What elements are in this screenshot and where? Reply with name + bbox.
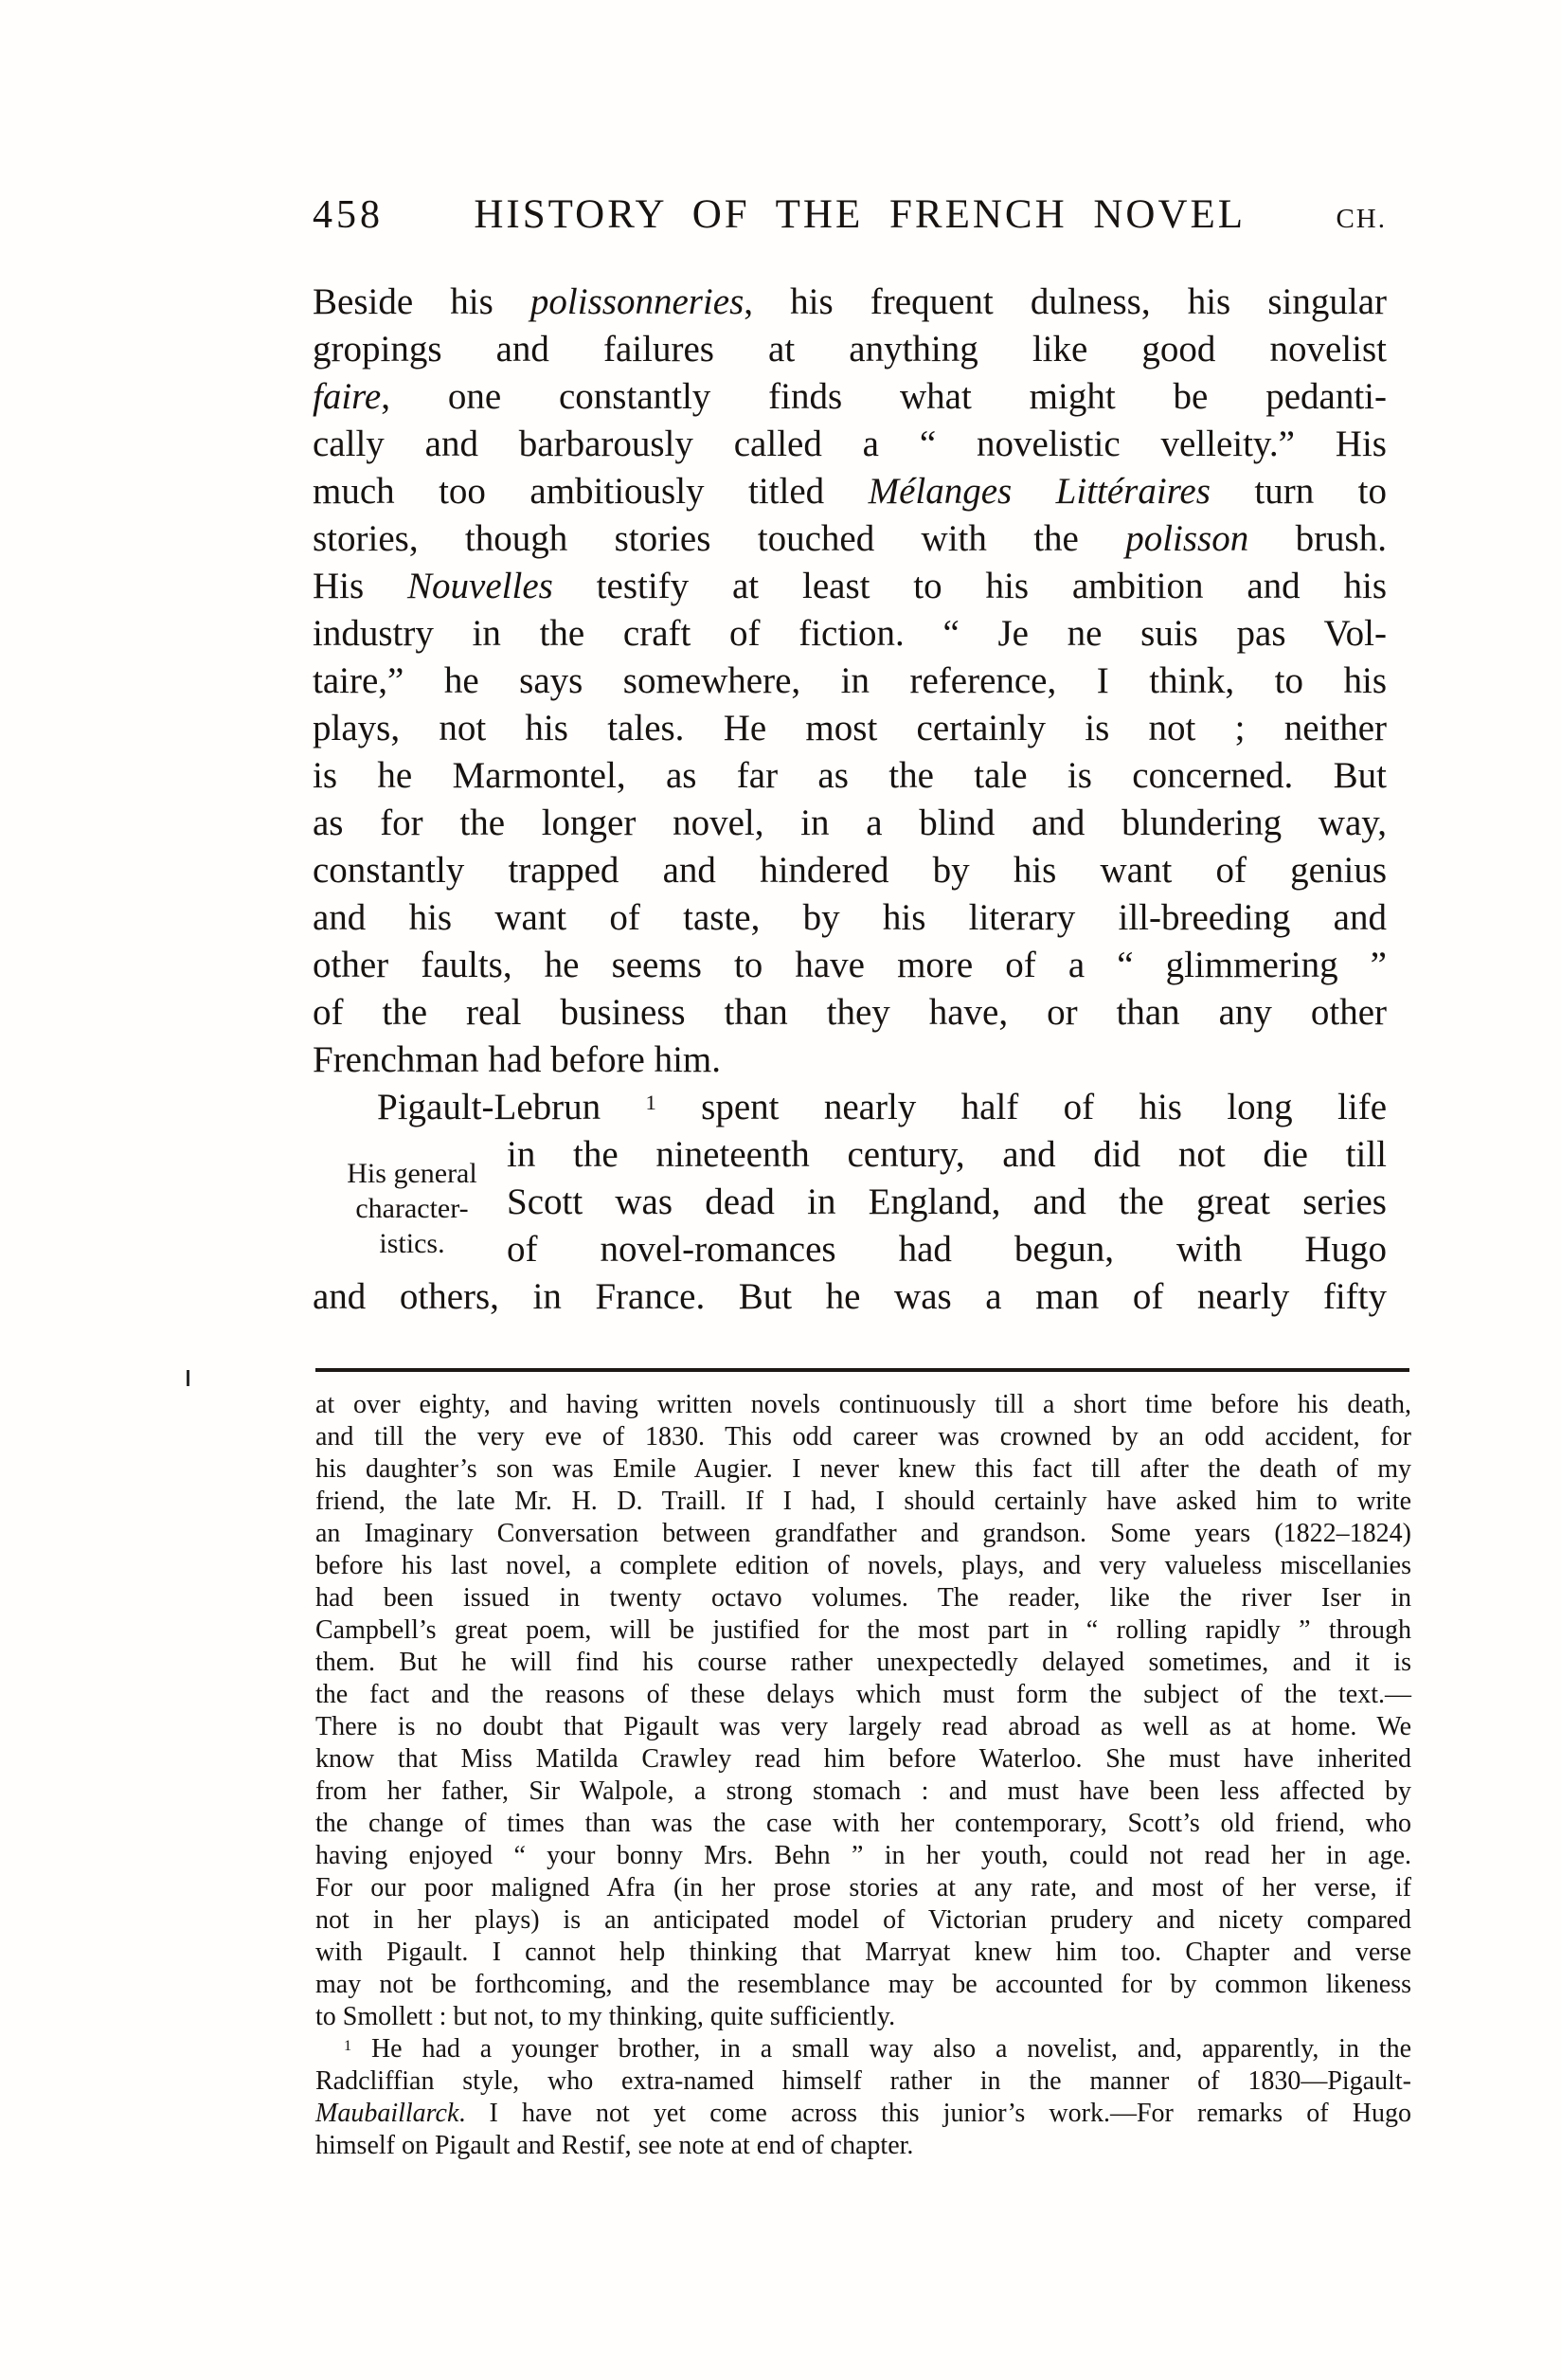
text-segment: constantly trapped and hindered by his w… xyxy=(313,850,1387,891)
footnote-line: may not be forthcoming, and the resembla… xyxy=(315,1969,1411,2001)
text-segment xyxy=(601,1087,645,1127)
text-segment: Frenchman had before him. xyxy=(313,1039,721,1080)
text-segment: much too ambitiously titled xyxy=(313,471,869,512)
text-segment: an Imaginary Conversation between grandf… xyxy=(315,1519,1411,1548)
footnote-line: having enjoyed “ your bonny Mrs. Behn ” … xyxy=(315,1840,1411,1872)
footnote-line: the fact and the reasons of these delays… xyxy=(315,1679,1411,1711)
footnote-line: himself on Pigault and Restif, see note … xyxy=(315,2130,1411,2162)
text-line: as for the longer novel, in a blind and … xyxy=(313,800,1387,847)
text-segment: other faults, he seems to have more of a… xyxy=(313,945,1387,985)
text-segment: , his frequent dulness, his singular xyxy=(744,281,1387,322)
text-line: cally and barbarously called a “ novelis… xyxy=(313,421,1387,468)
text-segment: in the nineteenth century, and did not d… xyxy=(507,1134,1387,1175)
footnote-line: to Smollett : but not, to my thinking, q… xyxy=(315,2001,1411,2033)
text-line: in the nineteenth century, and did not d… xyxy=(507,1131,1387,1179)
text-segment: before his last novel, a complete editio… xyxy=(315,1551,1411,1580)
text-segment: spent nearly half of his long life xyxy=(656,1087,1387,1127)
text-segment: , one constantly finds what might be ped… xyxy=(381,376,1387,417)
text-line: is he Marmontel, as far as the tale is c… xyxy=(313,752,1387,800)
text-segment: is he Marmontel, as far as the tale is c… xyxy=(313,755,1387,796)
footnote-line: Campbell’s great poem, will be justified… xyxy=(315,1614,1411,1647)
text-segment: industry in the craft of fiction. “ Je n… xyxy=(313,613,1387,654)
sidenote-line: His general xyxy=(327,1156,497,1191)
text-segment: them. But he will find his course rather… xyxy=(315,1648,1411,1677)
text-line: industry in the craft of fiction. “ Je n… xyxy=(313,610,1387,658)
text-segment: Pigault-Lebrun xyxy=(377,1087,601,1127)
footnote-line: with Pigault. I cannot help thinking tha… xyxy=(315,1937,1411,1969)
text-segment: not in her plays) is an anticipated mode… xyxy=(315,1905,1411,1935)
text-segment: of novel-romances had begun, with Hugo xyxy=(507,1229,1387,1270)
text-line: Pigault-Lebrun 1 spent nearly half of hi… xyxy=(313,1084,1387,1131)
text-line: Frenchman had before him. xyxy=(313,1037,1387,1084)
text-line: faire, one constantly finds what might b… xyxy=(313,373,1387,421)
italic-segment: Maubaillarck xyxy=(315,2099,458,2128)
text-line: and his want of taste, by his literary i… xyxy=(313,894,1387,942)
text-segment: gropings and failures at anything like g… xyxy=(313,329,1387,370)
text-segment: himself on Pigault and Restif, see note … xyxy=(315,2131,913,2160)
text-segment: There is no doubt that Pigault was very … xyxy=(315,1712,1411,1741)
footnote-line: For our poor maligned Afra (in her prose… xyxy=(315,1872,1411,1904)
footnote-line: Maubaillarck. I have not yet come across… xyxy=(315,2098,1411,2130)
text-segment: Campbell’s great poem, will be justified… xyxy=(315,1615,1411,1645)
text-segment: brush. xyxy=(1248,518,1387,559)
footnote-line: them. But he will find his course rather… xyxy=(315,1647,1411,1679)
text-line: much too ambitiously titled Mélanges Lit… xyxy=(313,468,1387,515)
footnote-block: at over eighty, and having written novel… xyxy=(315,1389,1411,2162)
text-segment: istics. xyxy=(379,1228,444,1259)
text-line: other faults, he seems to have more of a… xyxy=(313,942,1387,989)
paragraph-1: Beside his polissonneries, his frequent … xyxy=(313,279,1387,1084)
footnote-line: at over eighty, and having written novel… xyxy=(315,1389,1411,1421)
sidenote: His generalcharacter-istics. xyxy=(327,1156,497,1261)
text-segment: cally and barbarously called a “ novelis… xyxy=(313,424,1387,464)
text-line: stories, though stories touched with the… xyxy=(313,515,1387,563)
text-line: of novel-romances had begun, with Hugo xyxy=(507,1226,1387,1273)
text-line: and others, in France. But he was a man … xyxy=(313,1273,1387,1321)
page-number: 458 xyxy=(313,192,384,238)
text-segment: as for the longer novel, in a blind and … xyxy=(313,802,1387,843)
footnote-line: had been issued in twenty octavo volumes… xyxy=(315,1582,1411,1614)
text-line: constantly trapped and hindered by his w… xyxy=(313,847,1387,894)
page-header: 458 HISTORY OF THE FRENCH NOVEL CH. xyxy=(313,191,1387,238)
footnote-line: from her father, Sir Walpole, a strong s… xyxy=(315,1776,1411,1808)
text-segment: know that Miss Matilda Crawley read him … xyxy=(315,1744,1411,1774)
text-segment: His xyxy=(313,566,407,606)
footnote-line: before his last novel, a complete editio… xyxy=(315,1550,1411,1582)
text-segment: He had a younger brother, in a small way… xyxy=(351,2034,1411,2064)
footnote-line: his daughter’s son was Emile Augier. I n… xyxy=(315,1453,1411,1486)
text-segment: and others, in France. But he was a man … xyxy=(313,1276,1387,1317)
footnote-continuation: at over eighty, and having written novel… xyxy=(315,1389,1411,2033)
text-segment: the fact and the reasons of these delays… xyxy=(315,1680,1411,1709)
footnote-line: friend, the late Mr. H. D. Traill. If I … xyxy=(315,1486,1411,1518)
text-segment: . I have not yet come across this junior… xyxy=(458,2099,1411,2128)
footnote-rule xyxy=(315,1368,1409,1372)
text-line: Scott was dead in England, and the great… xyxy=(507,1179,1387,1226)
text-segment: Scott was dead in England, and the great… xyxy=(507,1181,1387,1222)
italic-segment: Mélanges Littéraires xyxy=(869,471,1211,512)
footnote-line: Radcliffian style, who extra-named himse… xyxy=(315,2065,1411,2098)
footnote-marker: 1 xyxy=(344,2037,351,2054)
text-segment: stories, though stories touched with the xyxy=(313,518,1125,559)
text-segment: with Pigault. I cannot help thinking tha… xyxy=(315,1938,1411,1967)
italic-segment: faire xyxy=(313,376,381,417)
text-segment: testify at least to his ambition and his xyxy=(553,566,1387,606)
footnote-line: There is no doubt that Pigault was very … xyxy=(315,1711,1411,1743)
text-segment: For our poor maligned Afra (in her prose… xyxy=(315,1873,1411,1902)
text-line: of the real business than they have, or … xyxy=(313,989,1387,1037)
text-segment: plays, not his tales. He most certainly … xyxy=(313,708,1387,748)
text-segment: had been issued in twenty octavo volumes… xyxy=(315,1583,1411,1613)
text-segment: and till the very eve of 1830. This odd … xyxy=(315,1422,1411,1451)
footnote-line: an Imaginary Conversation between grandf… xyxy=(315,1518,1411,1550)
text-line: taire,” he says somewhere, in reference,… xyxy=(313,658,1387,705)
text-segment: having enjoyed “ your bonny Mrs. Behn ” … xyxy=(315,1841,1411,1870)
text-segment: and his want of taste, by his literary i… xyxy=(313,897,1387,938)
text-segment: character- xyxy=(355,1193,468,1224)
italic-segment: polisson xyxy=(1125,518,1248,559)
text-segment: Radcliffian style, who extra-named himse… xyxy=(315,2066,1411,2096)
italic-segment: Nouvelles xyxy=(407,566,553,606)
footnote-1: 1 He had a younger brother, in a small w… xyxy=(315,2033,1411,2162)
text-line: Beside his polissonneries, his frequent … xyxy=(313,279,1387,326)
footnote-marker: 1 xyxy=(645,1091,655,1114)
book-page: 458 HISTORY OF THE FRENCH NOVEL CH. Besi… xyxy=(0,0,1561,2380)
text-segment: to Smollett : but not, to my thinking, q… xyxy=(315,2002,895,2031)
margin-mark xyxy=(187,1370,189,1386)
footnote-line: and till the very eve of 1830. This odd … xyxy=(315,1421,1411,1453)
text-segment: turn to xyxy=(1211,471,1387,512)
footnote-line: not in her plays) is an anticipated mode… xyxy=(315,1904,1411,1937)
text-segment: may not be forthcoming, and the resembla… xyxy=(315,1970,1411,1999)
text-segment: at over eighty, and having written novel… xyxy=(315,1390,1411,1419)
text-segment: of the real business than they have, or … xyxy=(313,992,1387,1033)
text-segment: Beside his xyxy=(313,281,530,322)
running-title: HISTORY OF THE FRENCH NOVEL xyxy=(384,191,1336,238)
text-segment: friend, the late Mr. H. D. Traill. If I … xyxy=(315,1487,1411,1516)
footnote-line: know that Miss Matilda Crawley read him … xyxy=(315,1743,1411,1776)
text-segment: his daughter’s son was Emile Augier. I n… xyxy=(315,1454,1411,1484)
text-segment: taire,” he says somewhere, in reference,… xyxy=(313,660,1387,701)
footnote-line: the change of times than was the case wi… xyxy=(315,1808,1411,1840)
text-line: His Nouvelles testify at least to his am… xyxy=(313,563,1387,610)
italic-segment: polissonneries xyxy=(530,281,744,322)
sidenote-line: character- xyxy=(327,1191,497,1226)
footnote-line: 1 He had a younger brother, in a small w… xyxy=(315,2033,1411,2065)
text-line: gropings and failures at anything like g… xyxy=(313,326,1387,373)
text-segment: the change of times than was the case wi… xyxy=(315,1809,1411,1838)
sidenote-line: istics. xyxy=(327,1226,497,1261)
text-segment: His general xyxy=(347,1158,476,1189)
text-segment: from her father, Sir Walpole, a strong s… xyxy=(315,1776,1411,1806)
text-line: plays, not his tales. He most certainly … xyxy=(313,705,1387,752)
chapter-label: CH. xyxy=(1336,204,1387,235)
